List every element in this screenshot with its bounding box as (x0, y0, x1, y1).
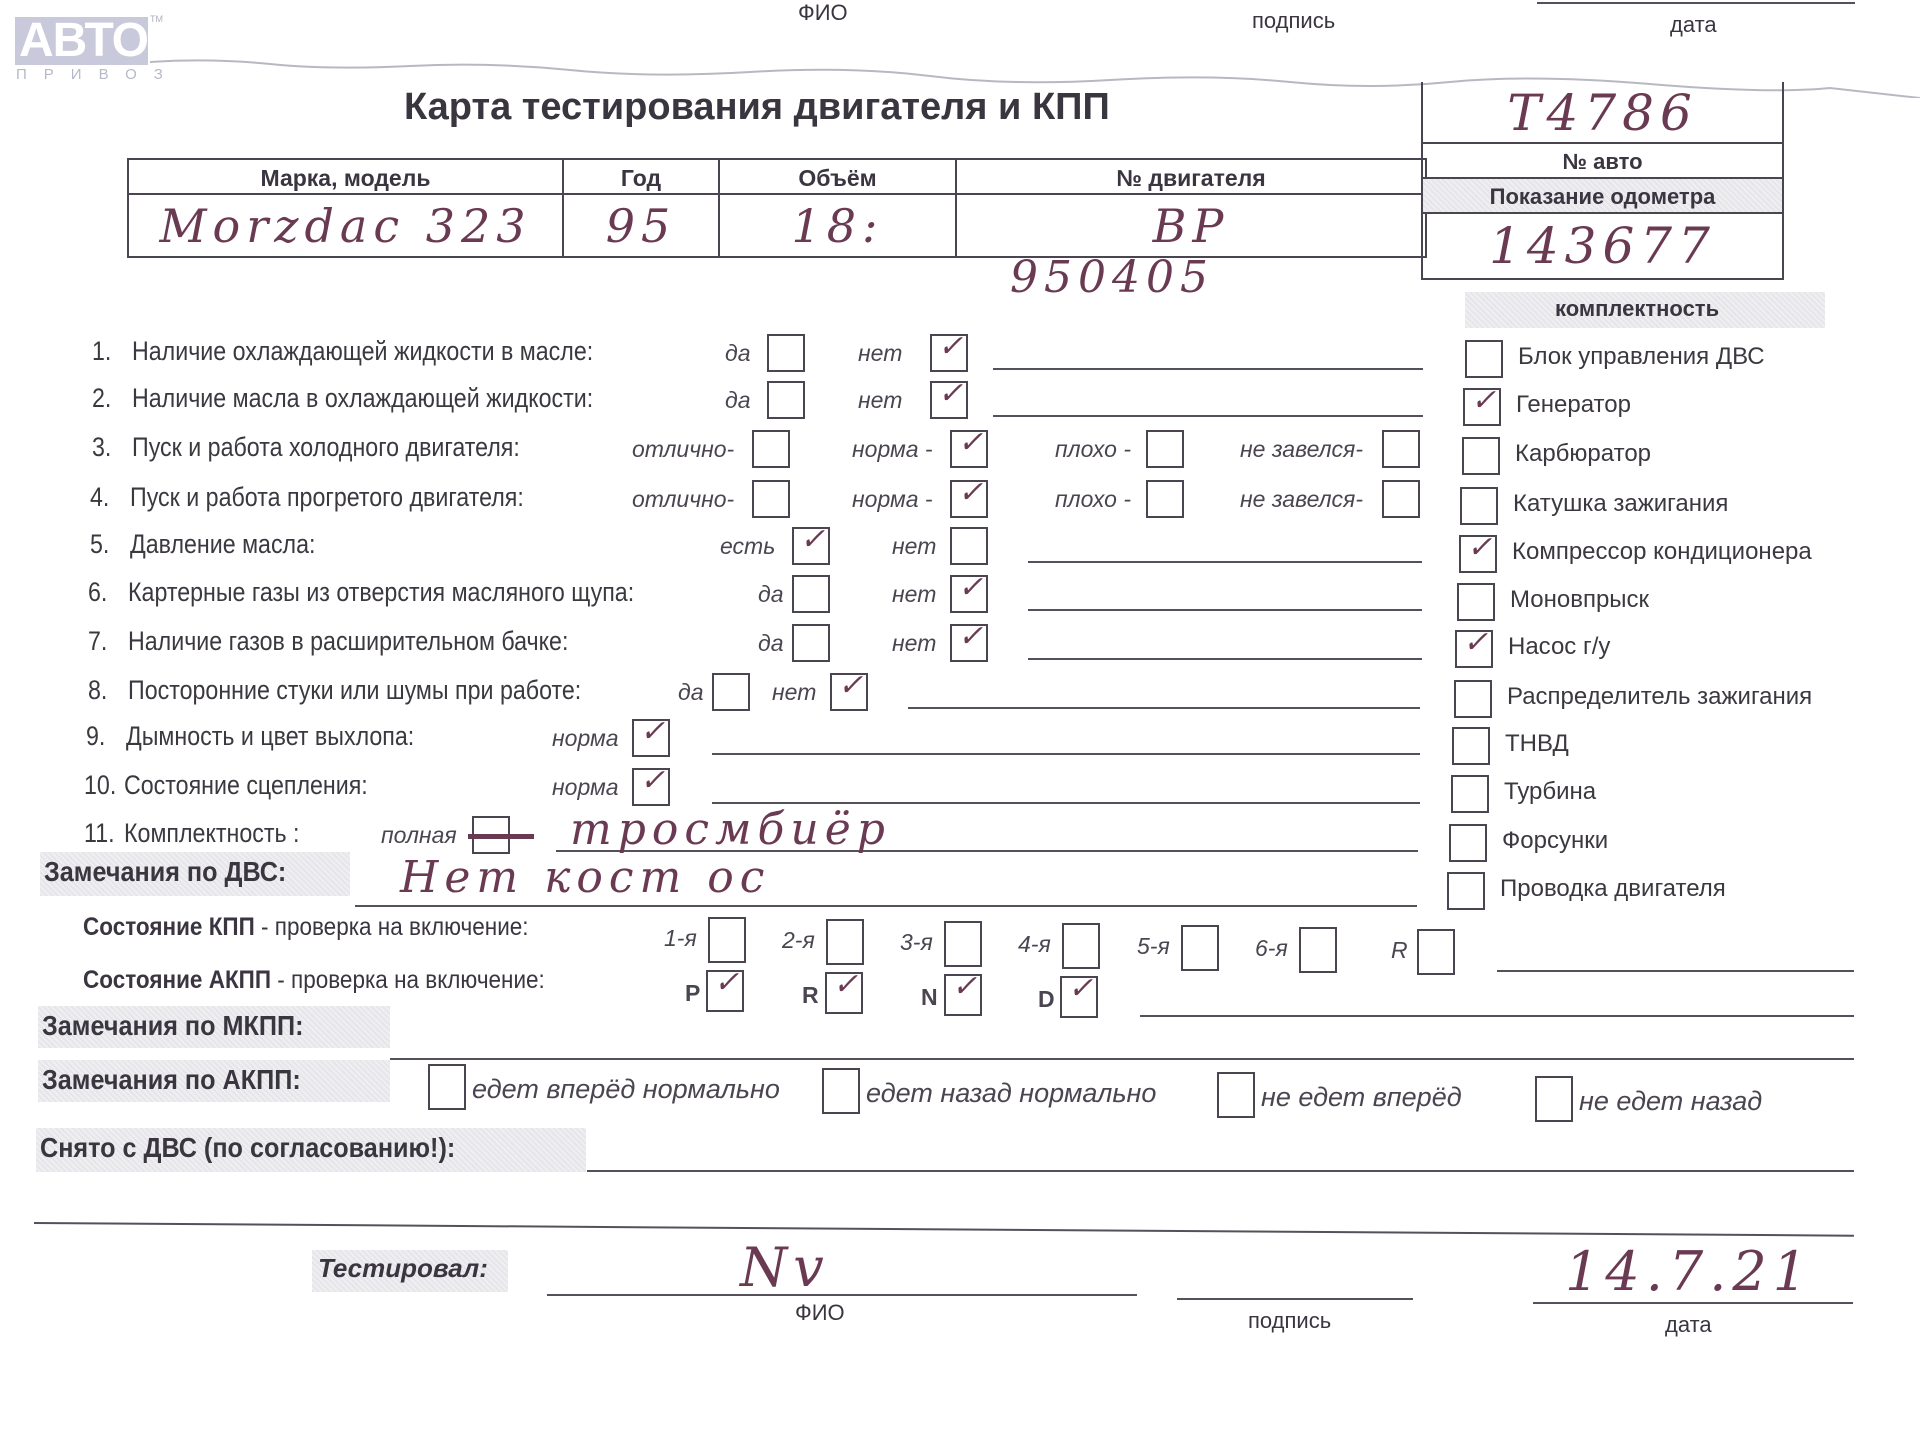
check-mark-icon: ✓ (958, 622, 983, 652)
check-mark-icon: ✓ (640, 766, 665, 796)
completeness-item-label: Турбина (1504, 778, 1596, 806)
top-date-line (1537, 2, 1855, 4)
option-checkbox[interactable]: ✓ (930, 381, 968, 419)
completeness-checkbox[interactable] (1447, 872, 1485, 910)
check-label: Пуск и работа холодного двигателя: (132, 432, 520, 463)
gear-label: 4-я (1018, 931, 1051, 958)
completeness-item-label: Карбюратор (1515, 440, 1651, 468)
top-date-caption: дата (1670, 12, 1717, 38)
car-info-box: T4786 № авто Показание одометра 143677 (1421, 82, 1784, 280)
check-number: 2. (92, 383, 111, 414)
check-mark-icon: ✓ (938, 332, 963, 362)
akpp-remark-checkbox[interactable] (1217, 1072, 1255, 1118)
mode-label: D (1038, 986, 1055, 1013)
akpp-label-bold: Состояние АКПП (83, 966, 271, 994)
akpp-label-rest: - проверка на включение: (271, 966, 545, 994)
engine-remarks-value[interactable]: Нет кост ос (400, 852, 770, 903)
check-label: Пуск и работа прогретого двигателя: (130, 482, 524, 513)
remark-line[interactable] (908, 707, 1420, 709)
mode-checkbox[interactable]: ✓ (825, 972, 863, 1014)
option-label: норма (552, 774, 619, 801)
logo-brand: АВТО (19, 13, 148, 68)
completeness-item-label: Форсунки (1502, 827, 1608, 855)
remark-line[interactable] (1028, 609, 1422, 611)
check-label: Посторонние стуки или шумы при работе: (128, 675, 581, 706)
completeness-item-label: Распределитель зажигания (1507, 683, 1812, 711)
check-mark-icon: ✓ (958, 478, 983, 508)
check-label: Наличие масла в охлаждающей жидкости: (132, 383, 593, 414)
completeness-checkbox[interactable] (1449, 824, 1487, 862)
kpp-label-rest: - проверка на включение: (255, 913, 529, 941)
completeness-item-label: Компрессор кондиционера (1512, 538, 1812, 566)
gear-checkbox[interactable] (1181, 925, 1219, 971)
gear-label: 2-я (782, 927, 815, 954)
option-checkbox[interactable] (1382, 480, 1420, 518)
completeness-checkbox[interactable]: ✓ (1463, 388, 1501, 426)
engine-number-value[interactable]: BP (957, 195, 1425, 256)
fio-caption: ФИО (795, 1300, 845, 1326)
option-label: нет (772, 679, 816, 706)
option-checkbox[interactable] (712, 673, 750, 711)
option-checkbox[interactable] (472, 816, 510, 854)
akpp-remark-checkbox[interactable] (822, 1068, 860, 1114)
gear-checkbox[interactable] (944, 921, 982, 967)
header-engine-number: № двигателя (957, 160, 1425, 195)
option-checkbox[interactable] (767, 381, 805, 419)
page-title: Карта тестирования двигателя и КПП (404, 86, 1110, 129)
check-number: 4. (90, 482, 109, 513)
option-label: да (758, 630, 784, 657)
completeness-checkbox[interactable] (1462, 437, 1500, 475)
kpp-label-bold: Состояние КПП (83, 913, 255, 941)
check-mark-icon: ✓ (640, 717, 665, 747)
option-checkbox[interactable] (792, 624, 830, 662)
kpp-line (1497, 970, 1854, 972)
gear-checkbox[interactable] (708, 917, 746, 963)
remark-line[interactable] (1028, 658, 1422, 660)
engine-number-extra: 950405 (1010, 252, 1214, 303)
check-mark-icon: ✓ (958, 428, 983, 458)
gear-checkbox[interactable] (1299, 927, 1337, 973)
gear-label: R (1391, 937, 1408, 964)
akpp-label: Состояние АКПП - проверка на включение: (83, 966, 545, 995)
option-label: норма - (852, 486, 933, 513)
top-fio-caption: ФИО (798, 0, 848, 26)
option-label: нет (892, 630, 936, 657)
vehicle-table: Марка, модель Год Объём № двигателя Morz… (127, 158, 1427, 258)
date-value[interactable]: 14.7.21 (1565, 1240, 1813, 1303)
option-checkbox[interactable]: ✓ (632, 768, 670, 806)
check-number: 6. (88, 577, 107, 608)
option-checkbox[interactable]: ✓ (930, 334, 968, 372)
completeness-title: комплектность (1555, 296, 1719, 322)
gear-checkbox[interactable] (826, 919, 864, 965)
check-label: Дымность и цвет выхлопа: (126, 721, 414, 752)
gear-label: 5-я (1137, 933, 1170, 960)
top-signature-caption: подпись (1252, 8, 1335, 34)
date-caption: дата (1665, 1312, 1712, 1338)
completeness-checkbox[interactable] (1454, 680, 1492, 718)
removed-line[interactable] (587, 1170, 1854, 1172)
strike-mark (468, 834, 534, 839)
completeness-checkbox[interactable]: ✓ (1459, 535, 1497, 573)
tested-by-label: Тестировал: (318, 1253, 488, 1284)
signature-caption: подпись (1248, 1308, 1331, 1334)
check-mark-icon: ✓ (714, 968, 739, 998)
check-mark-icon: ✓ (1463, 628, 1488, 658)
option-label: норма - (852, 436, 933, 463)
gear-label: 6-я (1255, 935, 1288, 962)
option-label: отлично- (632, 436, 734, 463)
option-checkbox[interactable] (1146, 430, 1184, 468)
option-label: нет (858, 340, 902, 367)
completeness-checkbox[interactable] (1452, 727, 1490, 765)
check-label: Наличие газов в расширительном бачке: (128, 626, 568, 657)
akpp-remark-checkbox[interactable] (428, 1064, 466, 1110)
completeness-checkbox[interactable]: ✓ (1455, 630, 1493, 668)
gear-checkbox[interactable] (1417, 929, 1455, 975)
option-checkbox[interactable] (792, 575, 830, 613)
option-checkbox[interactable] (752, 480, 790, 518)
option-label: да (725, 387, 751, 414)
check-mark-icon: ✓ (938, 379, 963, 409)
check-number: 11. (84, 818, 115, 849)
akpp-remark-label: едет назад нормально (866, 1078, 1156, 1109)
check-mark-icon: ✓ (958, 573, 983, 603)
check-number: 3. (92, 432, 111, 463)
completeness-item-label: Катушка зажигания (1513, 490, 1728, 518)
mode-label: P (685, 980, 700, 1007)
remark-line[interactable] (712, 753, 1420, 755)
mode-checkbox[interactable]: ✓ (944, 974, 982, 1016)
mkpp-remarks-line[interactable] (390, 1058, 1854, 1060)
option-checkbox[interactable] (752, 430, 790, 468)
gear-label: 3-я (900, 929, 933, 956)
check-label: Состояние сцепления: (124, 770, 368, 801)
completeness-item-label: ТНВД (1505, 730, 1569, 758)
check-number: 5. (90, 529, 109, 560)
check-label: Давление масла: (130, 529, 315, 560)
completeness-item-label: Моновпрыск (1510, 586, 1649, 614)
akpp-remark-label: едет вперёд нормально (472, 1074, 780, 1105)
akpp-remark-checkbox[interactable] (1535, 1076, 1573, 1122)
gear-checkbox[interactable] (1062, 923, 1100, 969)
trademark: TM (150, 14, 163, 24)
check-number: 7. (88, 626, 107, 657)
option-label: да (678, 679, 704, 706)
mode-label: N (921, 984, 938, 1011)
check-mark-icon: ✓ (800, 525, 825, 555)
option-checkbox[interactable]: ✓ (792, 527, 830, 565)
option-label: отлично- (632, 486, 734, 513)
option-label: да (758, 581, 784, 608)
volume-value[interactable]: 18: (720, 195, 957, 256)
completeness-checkbox[interactable] (1460, 487, 1498, 525)
check-label: Картерные газы из отверстия масляного щу… (128, 577, 634, 608)
check-label: Комплектность : (124, 818, 299, 849)
akpp-remark-label: не едет вперёд (1261, 1082, 1462, 1113)
completeness-item-label: Генератор (1516, 391, 1631, 419)
option-label: да (725, 340, 751, 367)
engine-remarks-line (355, 905, 1417, 907)
option-label: нет (858, 387, 902, 414)
car-number-label: № авто (1423, 144, 1782, 179)
option-checkbox[interactable] (1382, 430, 1420, 468)
kpp-label: Состояние КПП - проверка на включение: (83, 913, 529, 942)
gear-label: 1-я (664, 925, 697, 952)
check-mark-icon: ✓ (1471, 386, 1496, 416)
mode-checkbox[interactable]: ✓ (706, 970, 744, 1012)
option-checkbox[interactable]: ✓ (950, 430, 988, 468)
option-checkbox[interactable]: ✓ (950, 480, 988, 518)
year-value[interactable]: 95 (564, 195, 720, 256)
company-logo: АВТО (15, 17, 148, 65)
option-label: есть (720, 533, 775, 560)
remark-line[interactable] (993, 415, 1423, 417)
option-checkbox[interactable] (767, 334, 805, 372)
option-label: нет (892, 581, 936, 608)
check-number: 9. (86, 721, 105, 752)
option-label: плохо - (1055, 436, 1131, 463)
check-mark-icon: ✓ (1467, 533, 1492, 563)
remark-line[interactable] (993, 368, 1423, 370)
completeness-item-label: Блок управления ДВС (1518, 343, 1765, 371)
option-checkbox[interactable]: ✓ (950, 575, 988, 613)
signature-line (1177, 1298, 1413, 1300)
completeness-checkbox[interactable] (1457, 583, 1495, 621)
option-checkbox[interactable] (950, 527, 988, 565)
option-label: полная (381, 822, 457, 849)
check-mark-icon: ✓ (838, 671, 863, 701)
option-label: нет (892, 533, 936, 560)
check-mark-icon: ✓ (833, 970, 858, 1000)
header-volume: Объём (720, 160, 957, 195)
header-make-model: Марка, модель (129, 160, 564, 195)
check-mark-icon: ✓ (952, 972, 977, 1002)
option-label: плохо - (1055, 486, 1131, 513)
check-mark-icon: ✓ (1068, 974, 1093, 1004)
make-model-value[interactable]: Morzdac 323 (129, 195, 564, 256)
option-label: не завелся- (1240, 436, 1363, 463)
mkpp-remarks-label: Замечания по МКПП: (42, 1010, 304, 1042)
option-checkbox[interactable]: ✓ (632, 719, 670, 757)
completeness-note[interactable]: тросмбиёр (570, 804, 891, 855)
akpp-remarks-label: Замечания по АКПП: (42, 1064, 301, 1096)
completeness-checkbox[interactable] (1465, 340, 1503, 378)
akpp-line (1140, 1015, 1854, 1017)
fio-line (547, 1294, 1137, 1296)
option-checkbox[interactable]: ✓ (950, 624, 988, 662)
option-checkbox[interactable]: ✓ (830, 673, 868, 711)
removed-label: Снято с ДВС (по согласованию!): (40, 1132, 455, 1164)
odometer-value[interactable]: 143677 (1423, 214, 1782, 278)
check-number: 8. (88, 675, 107, 706)
check-number: 1. (92, 336, 111, 367)
option-label: не завелся- (1240, 486, 1363, 513)
mode-label: R (802, 982, 819, 1009)
engine-remarks-label: Замечания по ДВС: (44, 856, 286, 888)
option-label: норма (552, 725, 619, 752)
fio-value[interactable]: Nv (740, 1236, 830, 1299)
mode-checkbox[interactable]: ✓ (1060, 976, 1098, 1018)
completeness-item-label: Проводка двигателя (1500, 875, 1726, 903)
check-label: Наличие охлаждающей жидкости в масле: (132, 336, 593, 367)
removed-line-2[interactable] (34, 1222, 1854, 1237)
header-year: Год (564, 160, 720, 195)
completeness-item-label: Насос г/у (1508, 633, 1610, 661)
car-number-value[interactable]: T4786 (1423, 82, 1782, 144)
odometer-label: Показание одометра (1423, 179, 1782, 214)
option-checkbox[interactable] (1146, 480, 1184, 518)
completeness-checkbox[interactable] (1451, 775, 1489, 813)
akpp-remark-label: не едет назад (1579, 1086, 1762, 1117)
check-number: 10. (84, 770, 116, 801)
remark-line[interactable] (1028, 561, 1422, 563)
